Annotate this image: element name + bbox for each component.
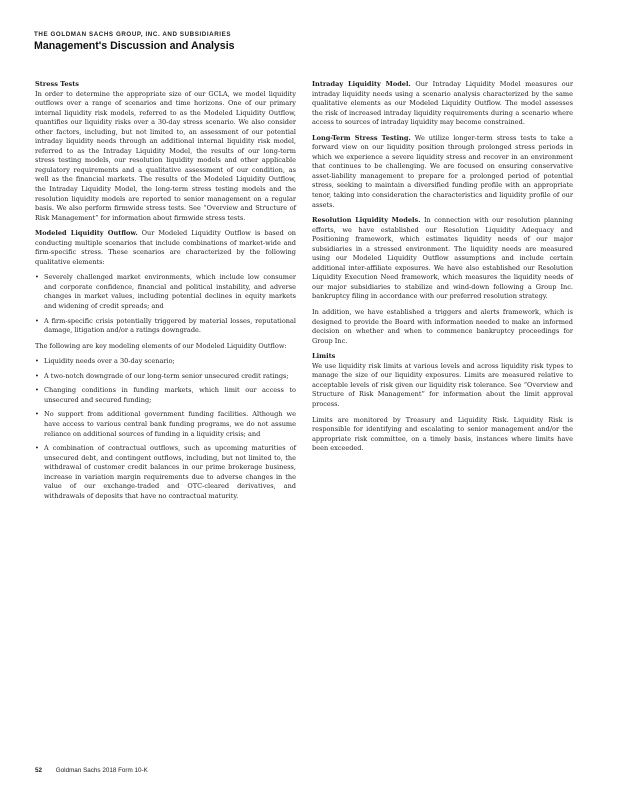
scenario-list: •Severely challenged market environments… [35, 273, 296, 335]
page-number: 52 [35, 767, 42, 774]
company-name: The Goldman Sachs Group, Inc. and Subsid… [34, 31, 594, 39]
rlm-paragraph: Resolution Liquidity Models. In connecti… [312, 216, 573, 302]
page-header: The Goldman Sachs Group, Inc. and Subsid… [34, 31, 594, 53]
bullet-icon: • [35, 357, 39, 367]
ilm-lead: Intraday Liquidity Model. [312, 80, 411, 88]
stress-tests-paragraph: In order to determine the appropriate si… [35, 90, 296, 224]
bullet-icon: • [35, 444, 39, 454]
rlm-lead: Resolution Liquidity Models. [312, 216, 420, 224]
list-item: •Changing conditions in funding markets,… [35, 386, 296, 405]
mlo-paragraph: Modeled Liquidity Outflow. Our Modeled L… [35, 229, 296, 267]
limits-heading: Limits [312, 352, 573, 362]
bullet-icon: • [35, 386, 39, 396]
left-column: Stress Tests In order to determine the a… [35, 80, 296, 507]
bullet-icon: • [35, 317, 39, 327]
list-item: •A firm-specific crisis potentially trig… [35, 317, 296, 336]
key-elements-intro: The following are key modeling elements … [35, 342, 296, 352]
triggers-paragraph: In addition, we have established a trigg… [312, 308, 573, 346]
list-item: •A two-notch downgrade of our long-term … [35, 372, 296, 382]
bullet-icon: • [35, 410, 39, 420]
limits-paragraph-1: We use liquidity risk limits at various … [312, 362, 573, 410]
right-column: Intraday Liquidity Model. Our Intraday L… [312, 80, 573, 460]
bullet-icon: • [35, 273, 39, 283]
key-elements-list: •Liquidity needs over a 30-day scenario;… [35, 357, 296, 501]
page-footer: 52 Goldman Sachs 2018 Form 10-K [35, 767, 148, 774]
list-item: •Severely challenged market environments… [35, 273, 296, 311]
document-name: Goldman Sachs 2018 Form 10-K [56, 767, 148, 774]
limits-paragraph-2: Limits are monitored by Treasury and Liq… [312, 416, 573, 454]
list-item: •Liquidity needs over a 30-day scenario; [35, 357, 296, 367]
bullet-icon: • [35, 372, 39, 382]
section-title: Management's Discussion and Analysis [34, 40, 594, 53]
mlo-lead: Modeled Liquidity Outflow. [35, 229, 138, 237]
stress-tests-heading: Stress Tests [35, 80, 296, 90]
list-item: •No support from additional government f… [35, 410, 296, 439]
lts-paragraph: Long-Term Stress Testing. We utilize lon… [312, 134, 573, 210]
ilm-paragraph: Intraday Liquidity Model. Our Intraday L… [312, 80, 573, 128]
list-item: •A combination of contractual outflows, … [35, 444, 296, 501]
lts-lead: Long-Term Stress Testing. [312, 134, 411, 142]
